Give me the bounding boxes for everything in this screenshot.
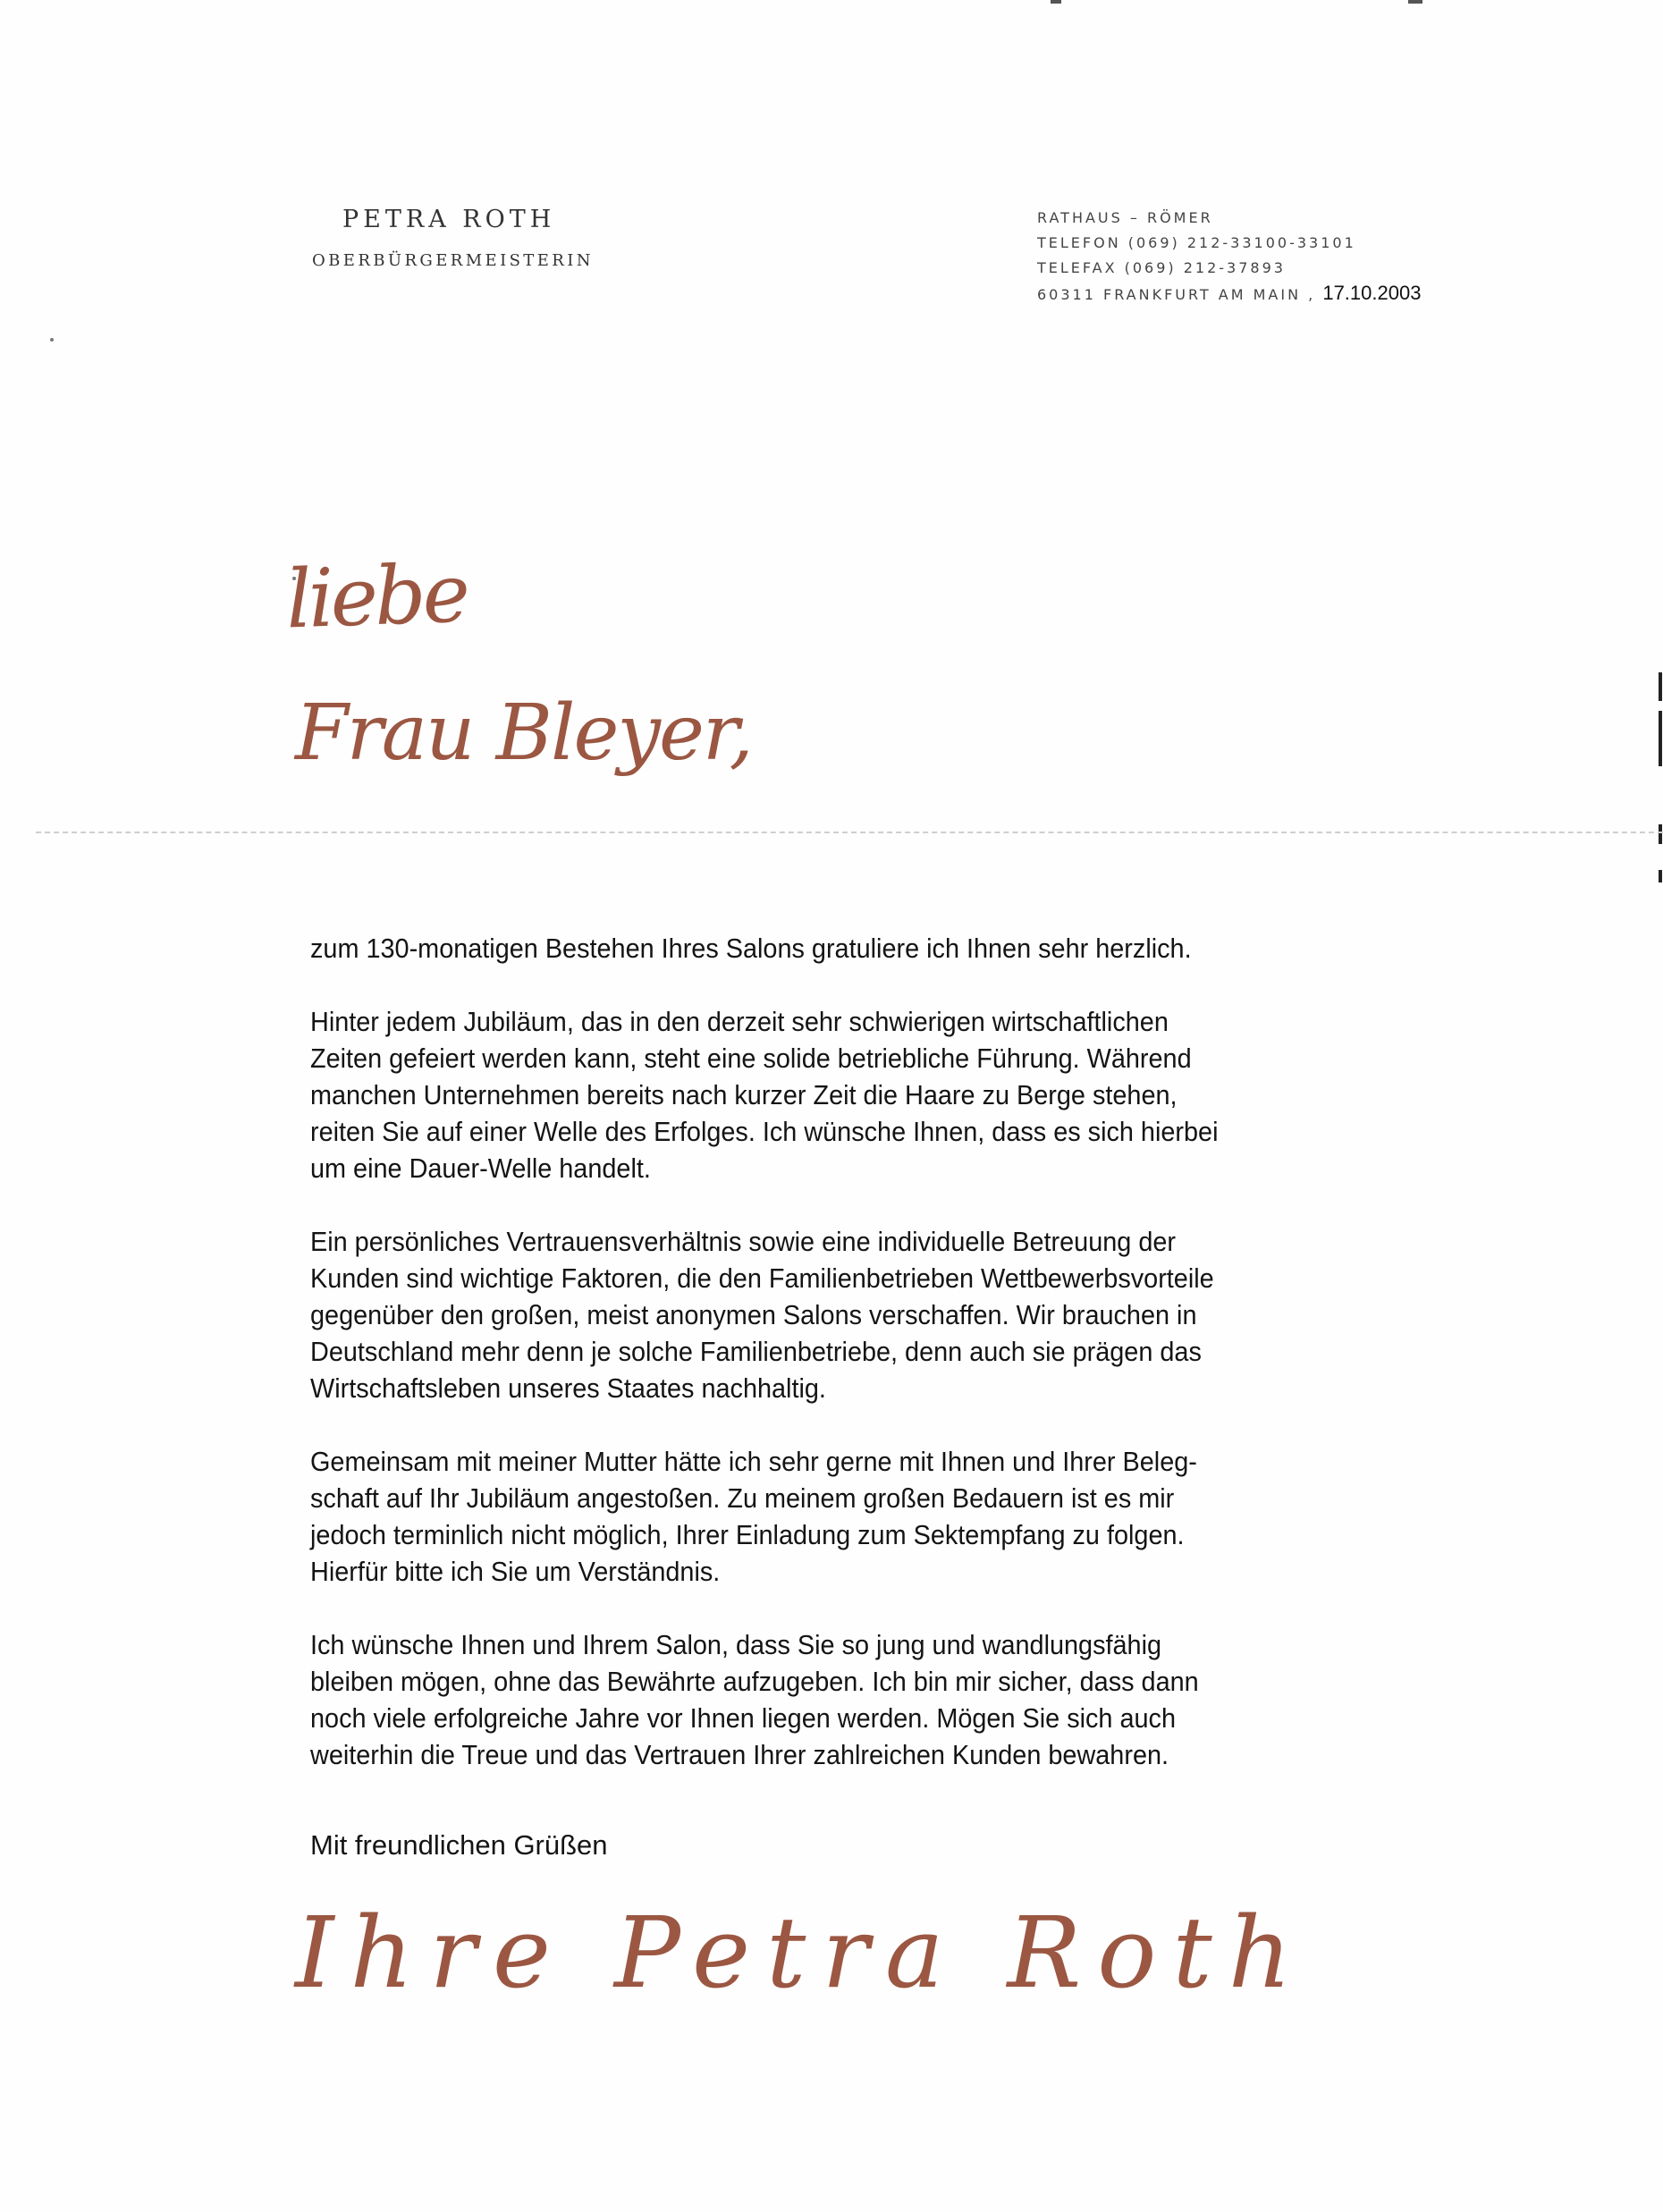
address-line-telefon: TELEFON (069) 212-33100-33101	[1037, 231, 1421, 256]
address-line-rathaus: RATHAUS – RÖMER	[1037, 206, 1421, 231]
scan-mark-edge	[1659, 672, 1662, 701]
letterhead-title: OBERBÜRGERMEISTERIN	[312, 251, 594, 270]
scan-speck	[50, 338, 54, 342]
fold-line	[36, 832, 1663, 833]
letterhead-name: PETRA ROTH	[342, 206, 555, 233]
handwritten-signature: Ihre Petra Roth	[295, 1895, 1308, 2010]
closing-phrase: Mit freundlichen Grüßen	[310, 1829, 608, 1862]
paragraph-jubilee: Hinter jedem Jubiläum, das in den derzei…	[310, 1003, 1391, 1186]
paragraph-regret: Gemeinsam mit meiner Mutter hätte ich se…	[310, 1443, 1391, 1590]
paragraph-congratulation: zum 130-monatigen Bestehen Ihres Salons …	[310, 930, 1391, 967]
address-line-city: 60311 FRANKFURT AM MAIN , 17.10.2003	[1037, 281, 1421, 308]
letter-body: zum 130-monatigen Bestehen Ihres Salons …	[310, 930, 1391, 1810]
letterhead-address: RATHAUS – RÖMER TELEFON (069) 212-33100-…	[1037, 206, 1421, 308]
paragraph-wishes: Ich wünsche Ihnen und Ihrem Salon, dass …	[310, 1626, 1391, 1773]
scan-mark-top-right	[1408, 0, 1422, 4]
address-line-telefax: TELEFAX (069) 212-37893	[1037, 256, 1421, 281]
scan-mark-edge	[1659, 870, 1662, 882]
scan-mark-edge	[1659, 824, 1662, 844]
letter-page: PETRA ROTH OBERBÜRGERMEISTERIN RATHAUS –…	[0, 0, 1663, 2212]
scan-mark-edge	[1659, 711, 1662, 766]
paragraph-family-business: Ein persönliches Vertrauensverhältnis so…	[310, 1223, 1391, 1406]
handwritten-salutation-line1: liebe	[284, 547, 468, 647]
city-line: 60311 FRANKFURT AM MAIN ,	[1037, 286, 1315, 303]
handwritten-salutation-line2: Frau Bleyer,	[295, 688, 752, 778]
scan-mark-top-left	[1051, 0, 1061, 4]
letter-date: 17.10.2003	[1322, 282, 1421, 304]
